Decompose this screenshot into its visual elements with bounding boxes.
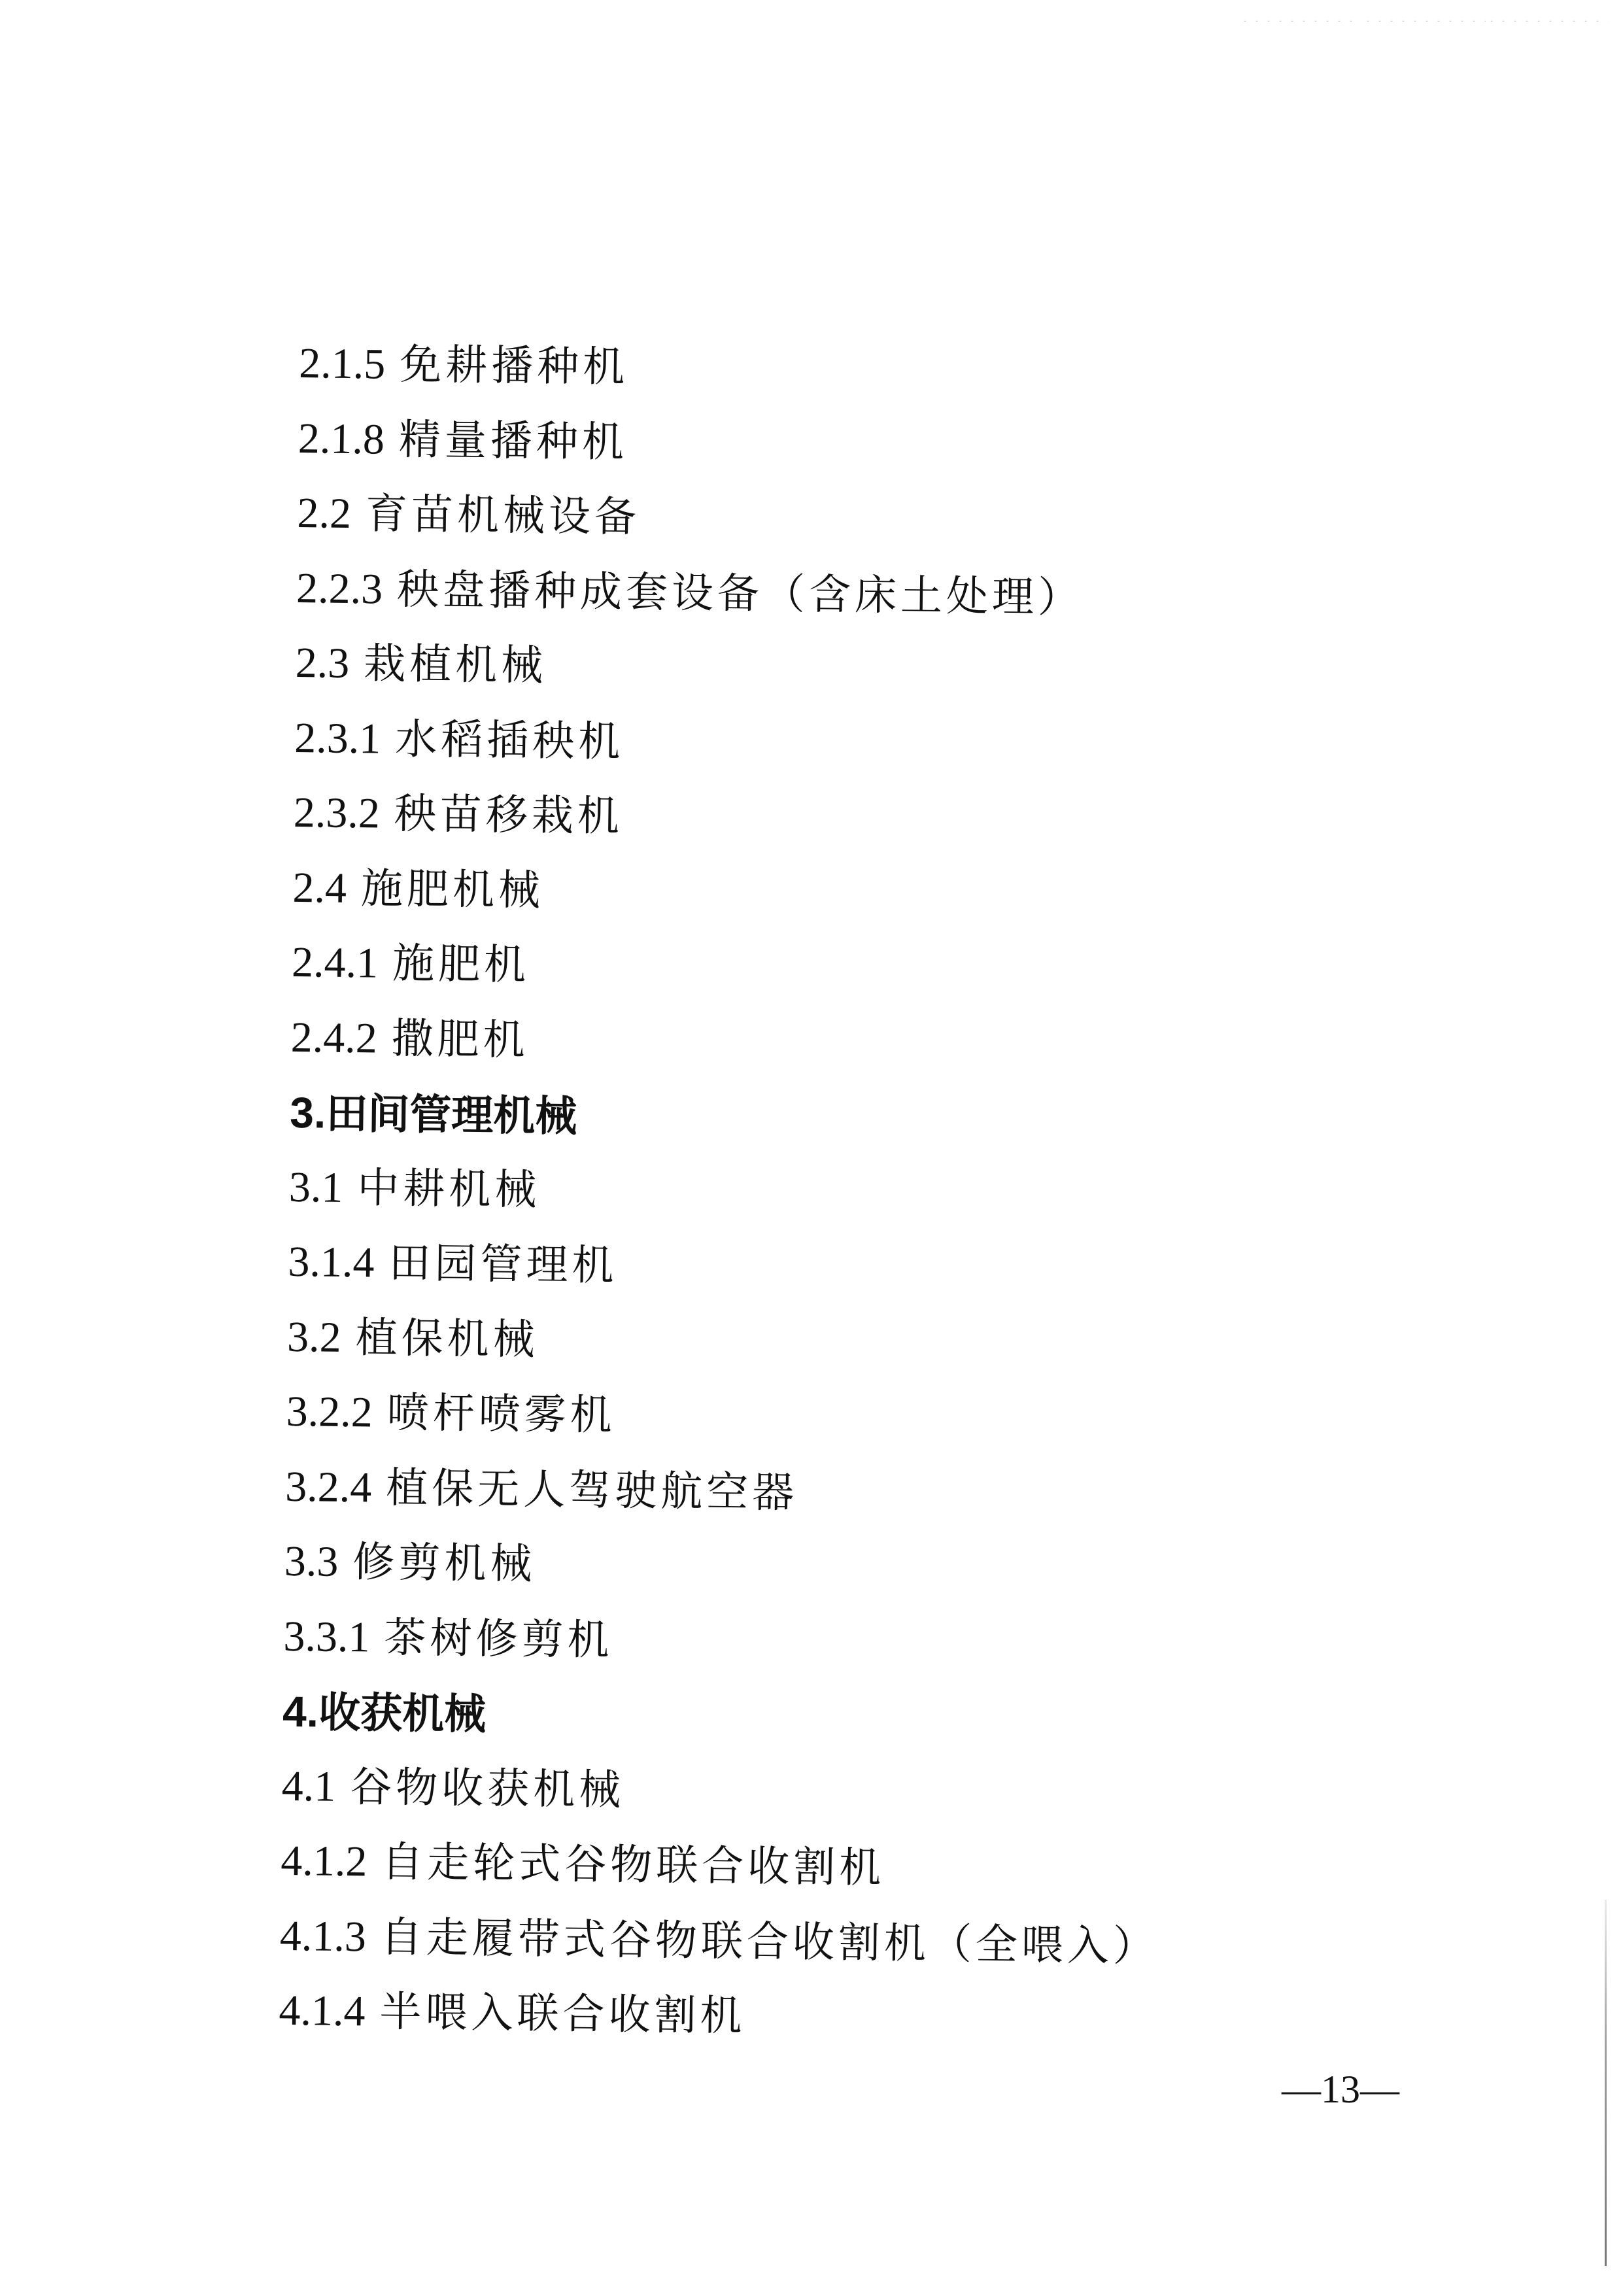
item-text: 茶树修剪机: [384, 1613, 613, 1664]
scan-dot-group: [1362, 20, 1485, 22]
page-number: —13—: [1282, 2066, 1399, 2112]
item-text: 施肥机械: [361, 865, 545, 915]
list-item-2-4-2: 2.4.2撒肥机: [290, 1000, 1468, 1089]
item-number: 2.3.1: [294, 713, 381, 762]
item-number: 4.1.2: [281, 1837, 367, 1886]
list-item-3-2-4: 3.2.4植保无人驾驶航空器: [285, 1449, 1463, 1538]
list-item-2-1-5: 2.1.5免耕播种机: [299, 326, 1477, 415]
item-text: 免耕播种机: [400, 341, 629, 392]
list-item-2-4-1: 2.4.1施肥机: [291, 925, 1469, 1014]
item-text: 育苗机械设备: [366, 490, 641, 541]
list-item-3-3: 3.3修剪机械: [284, 1524, 1461, 1613]
list-item-4-1: 4.1谷物收获机械: [281, 1749, 1459, 1838]
list-item-2-2: 2.2育苗机械设备: [297, 476, 1475, 565]
item-text: 精量播种机: [398, 415, 628, 466]
item-text: 秧苗移栽机: [394, 790, 623, 841]
item-text: 谷物收获机械: [350, 1763, 625, 1815]
item-text: 植保机械: [355, 1314, 539, 1364]
item-number: 3.3.1: [283, 1612, 370, 1661]
item-text: 中耕机械: [357, 1164, 541, 1214]
item-number: 2.4.2: [290, 1013, 377, 1062]
section-title: 田间管理机械: [326, 1090, 577, 1142]
document-body: 2.1.5免耕播种机 2.1.8精量播种机 2.2育苗机械设备 2.2.3秧盘播…: [279, 326, 1477, 2063]
item-number: 2.1.8: [298, 414, 384, 463]
item-number: 2.2.3: [296, 564, 383, 613]
list-item-4-1-4: 4.1.4半喂入联合收割机: [279, 1974, 1456, 2063]
section-number: 3.: [290, 1088, 326, 1137]
item-text: 修剪机械: [352, 1538, 536, 1588]
list-item-4-1-3: 4.1.3自走履带式谷物联合收割机（全喂入）: [279, 1898, 1457, 1987]
list-item-3-2: 3.2植保机械: [286, 1299, 1464, 1388]
item-number: 2.2: [297, 489, 351, 538]
list-item-3-1: 3.1中耕机械: [288, 1150, 1466, 1239]
scan-dot-group: [1239, 20, 1362, 22]
section-number: 4.: [282, 1687, 319, 1736]
list-item-2-4: 2.4施肥机械: [292, 850, 1470, 939]
item-number: 4.1.4: [279, 1987, 366, 2036]
item-text: 半喂入联合收割机: [379, 1988, 746, 2041]
item-text: 栽植机械: [364, 640, 547, 690]
item-number: 4.1.3: [279, 1911, 366, 1961]
item-number: 2.4.1: [292, 938, 379, 987]
scan-edge-line: [1605, 1900, 1607, 2266]
item-text: 喷杆喷雾机: [386, 1389, 616, 1440]
item-number: 2.4: [292, 863, 347, 912]
item-number: 2.3: [295, 639, 349, 687]
list-item-2-2-3: 2.2.3秧盘播种成套设备（含床土处理）: [296, 551, 1473, 640]
item-number: 3.3: [284, 1537, 338, 1586]
list-item-3-1-4: 3.1.4田园管理机: [288, 1225, 1465, 1314]
item-text: 自走轮式谷物联合收割机: [381, 1838, 885, 1893]
item-number: 2.1.5: [299, 339, 386, 388]
item-number: 4.1: [281, 1762, 335, 1810]
list-item-2-1-8: 2.1.8精量播种机: [298, 401, 1475, 490]
item-text: 撒肥机: [391, 1014, 529, 1065]
item-text: 自走履带式谷物联合收割机（全喂入）: [380, 1913, 1159, 1971]
list-item-2-3-1: 2.3.1水稻插秧机: [294, 700, 1472, 789]
section-heading-3: 3.田间管理机械: [290, 1075, 1467, 1164]
section-heading-4: 4.收获机械: [282, 1674, 1460, 1763]
item-number: 3.2.4: [285, 1462, 372, 1511]
list-item-2-3-2: 2.3.2秧苗移栽机: [293, 776, 1471, 865]
item-text: 田园管理机: [388, 1239, 618, 1290]
item-text: 植保无人驾驶航空器: [386, 1464, 798, 1517]
item-text: 水稻插秧机: [395, 715, 624, 766]
item-number: 3.1: [288, 1163, 343, 1211]
section-title: 收获机械: [318, 1689, 487, 1739]
item-text: 秧盘播种成套设备（含床土处理）: [397, 565, 1084, 622]
item-number: 3.1.4: [288, 1238, 375, 1287]
item-number: 2.3.2: [293, 789, 380, 838]
list-item-2-3: 2.3栽植机械: [295, 626, 1473, 715]
item-number: 3.2.2: [286, 1388, 373, 1437]
item-number: 3.2: [287, 1312, 341, 1361]
item-text: 施肥机: [392, 940, 530, 990]
list-item-3-2-2: 3.2.2喷杆喷雾机: [286, 1375, 1463, 1464]
list-item-3-3-1: 3.3.1茶树修剪机: [283, 1599, 1461, 1688]
list-item-4-1-2: 4.1.2自走轮式谷物联合收割机: [281, 1824, 1458, 1913]
scan-artifact-dots: [1239, 18, 1609, 22]
scan-dot-group: [1486, 20, 1609, 22]
